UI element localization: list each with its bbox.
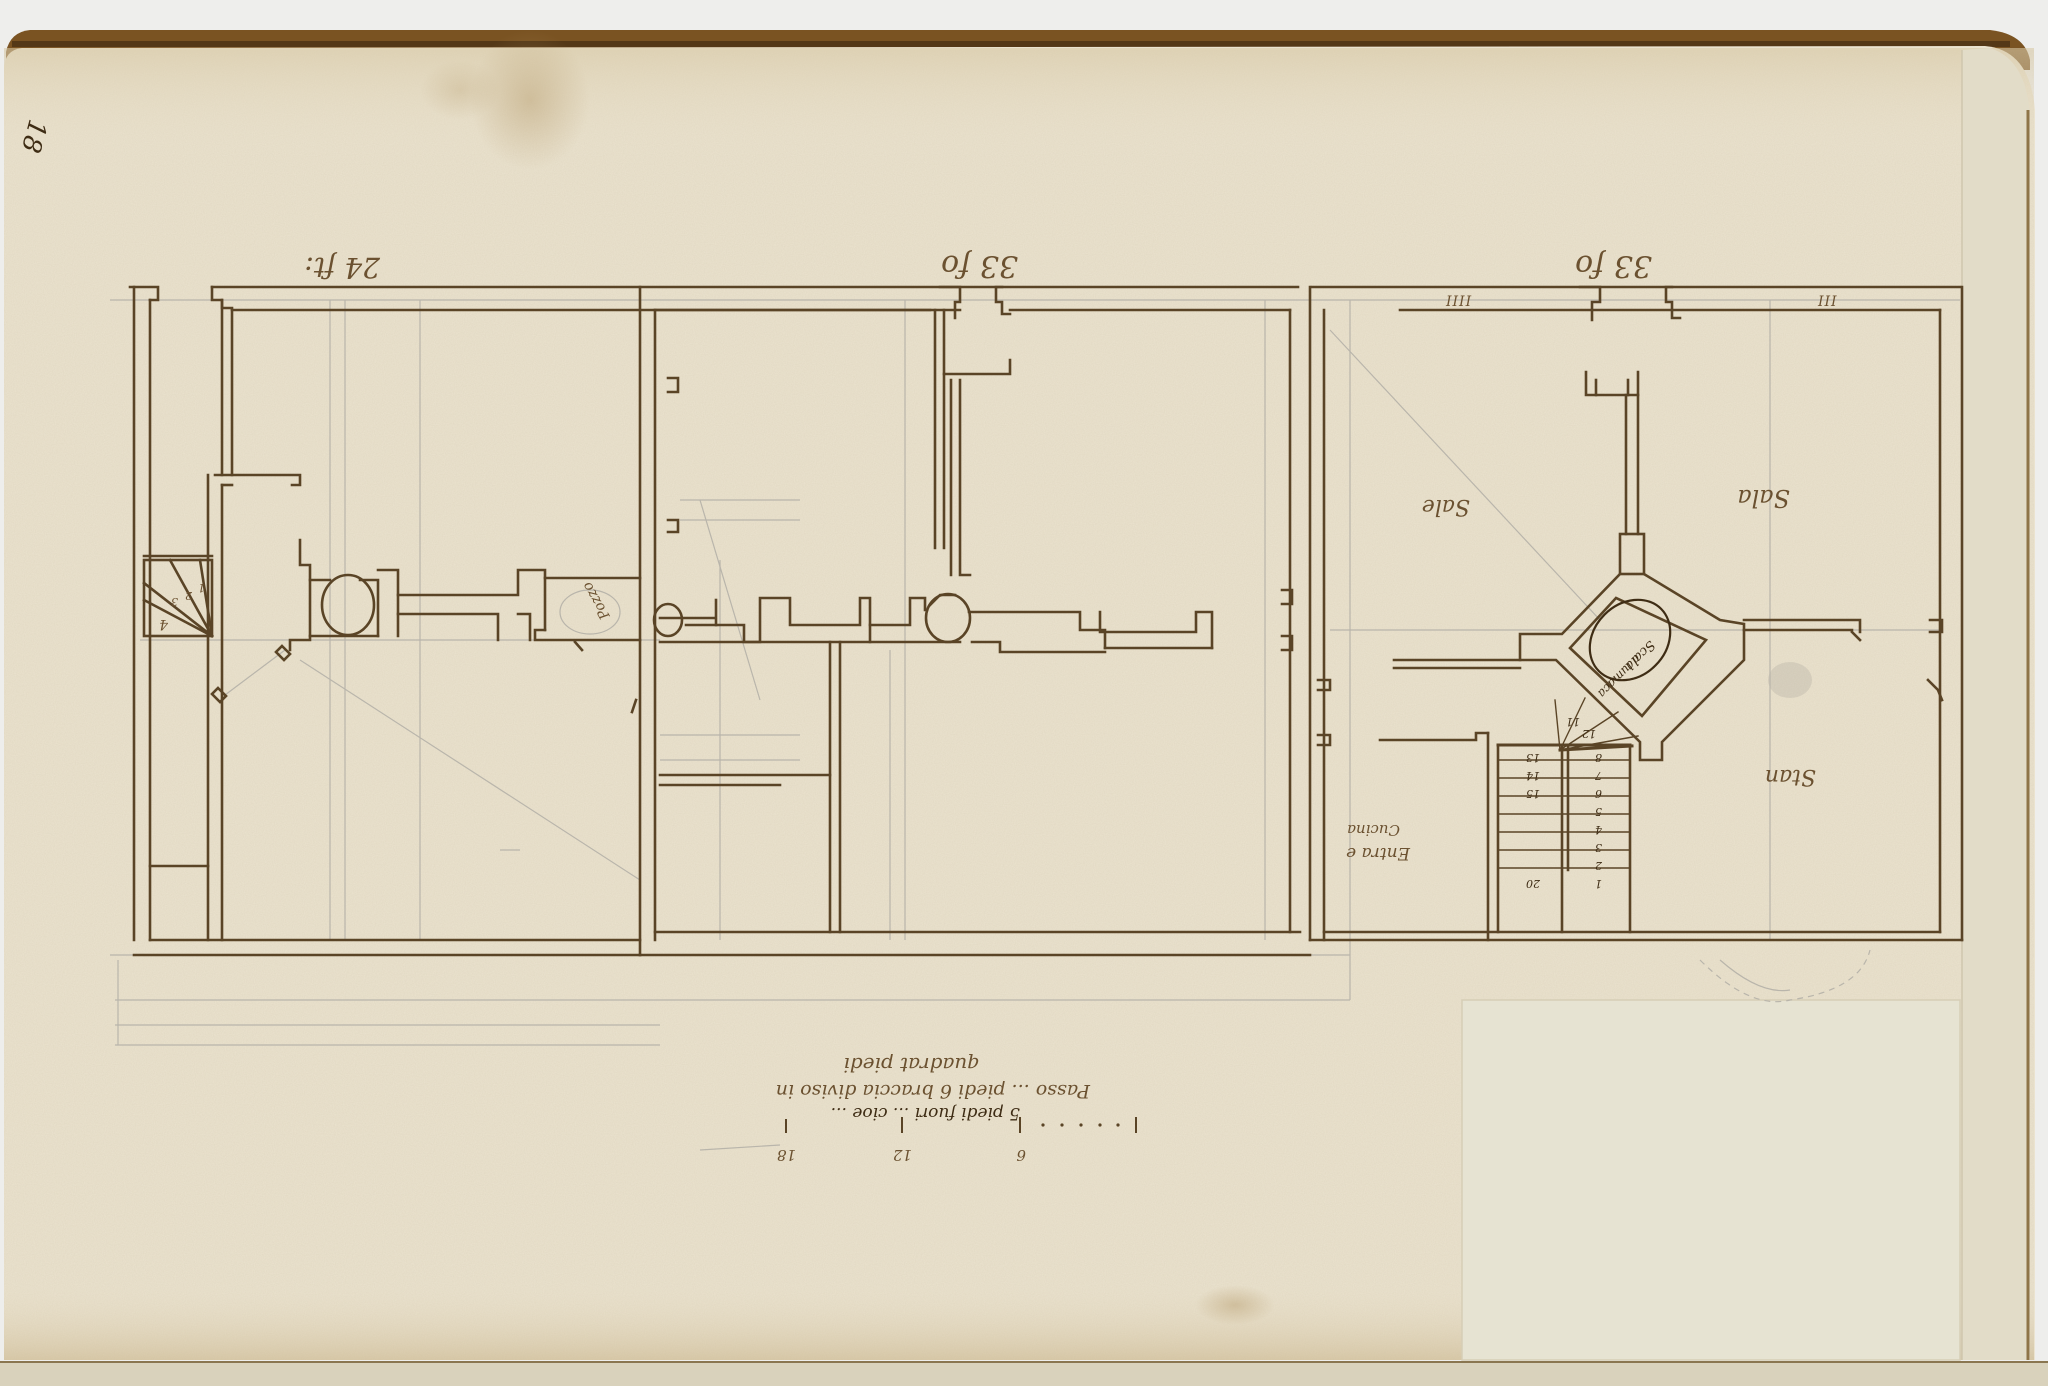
svg-text:13: 13 [1526, 751, 1540, 764]
svg-text:8: 8 [1595, 751, 1602, 764]
svg-text:20: 20 [1526, 877, 1541, 890]
window-mark-right: III [1817, 294, 1838, 310]
svg-text:1: 1 [198, 581, 205, 594]
scale-tick-18: 18 [777, 1146, 796, 1164]
room-label-sala: Sala [1737, 484, 1790, 512]
pasted-paper-patch [1462, 1000, 1960, 1360]
scale-inscription-line3: quadrat piedi [843, 1053, 980, 1077]
page-bottom-edge [0, 1362, 2048, 1386]
cloth-strip [1962, 48, 2030, 1360]
svg-text:4: 4 [1595, 823, 1603, 836]
room-label-sale: Sale [1422, 494, 1470, 519]
svg-text:12: 12 [1582, 727, 1596, 740]
bay-label-middle: 33 fo [941, 248, 1018, 283]
svg-text:15: 15 [1526, 787, 1540, 800]
svg-text:11: 11 [1566, 715, 1580, 728]
scale-tick-6: 6 [1016, 1146, 1026, 1164]
svg-text:4: 4 [159, 616, 169, 632]
svg-text:2: 2 [1595, 859, 1603, 872]
room-label-stan: Stan [1765, 764, 1816, 789]
bay-label-left: 24 ft: [304, 251, 381, 284]
svg-text:3: 3 [171, 595, 178, 608]
svg-text:2: 2 [185, 589, 193, 602]
svg-text:3: 3 [1595, 841, 1602, 854]
bay-label-right: 33 fo [1575, 248, 1652, 283]
scale-inscription-line2: 5 piedi fuori ... cioe ... [831, 1103, 1020, 1123]
room-label-entra-line1: Entra e [1346, 843, 1411, 863]
scale-tick-12: 12 [893, 1146, 912, 1164]
svg-text:5: 5 [1595, 805, 1602, 818]
scale-inscription-line1: Passo ... piedi 6 braccia diviso in [776, 1080, 1091, 1102]
svg-text:14: 14 [1526, 769, 1540, 782]
room-label-entra-line2: Cucina [1347, 821, 1400, 839]
window-mark-left: IIII [1445, 294, 1472, 310]
svg-text:7: 7 [1595, 769, 1602, 782]
sketchbook-page: 18 [0, 0, 2048, 1386]
svg-text:6: 6 [1595, 787, 1602, 800]
svg-text:1: 1 [1595, 877, 1602, 890]
